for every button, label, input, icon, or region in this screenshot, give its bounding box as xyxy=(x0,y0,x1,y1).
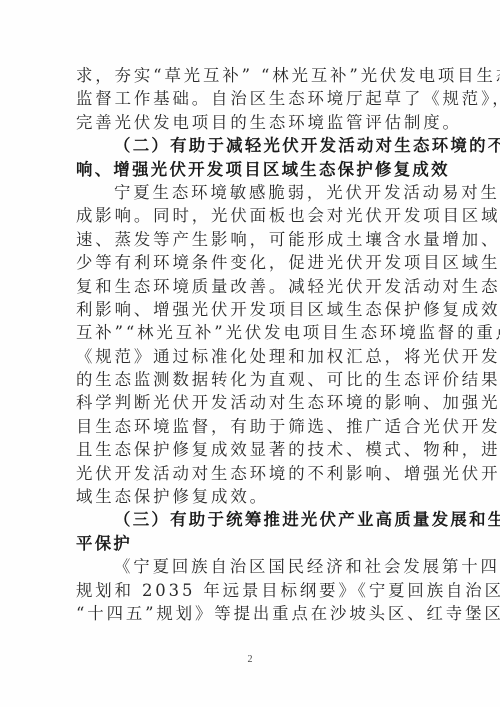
text-line: 目生态环境监督，有助于筛选、推广适合光伏开发项目区域 xyxy=(76,415,426,438)
text-line: 科学判断光伏开发活动对生态环境的影响、加强光伏发电项 xyxy=(76,391,426,414)
text-line: 《规范》通过标准化处理和加权汇总，将光伏开发项目区域 xyxy=(76,345,426,368)
section-heading-2-cont: 响、增强光伏开发项目区域生态保护修复成效 xyxy=(76,158,426,181)
text-line: 互补”“林光互补”光伏发电项目生态环境监督的重点任务。 xyxy=(76,321,426,344)
text-line: 域生态保护修复成效。 xyxy=(76,485,426,508)
text-line: 完善光伏发电项目的生态环境监管评估制度。 xyxy=(76,111,426,134)
section-heading-2: （二）有助于减轻光伏开发活动对生态环境的不利影 xyxy=(76,134,426,157)
text-line: 少等有利环境条件变化，促进光伏开发项目区域生态保护修 xyxy=(76,251,426,274)
section-heading-3-cont: 平保护 xyxy=(76,532,426,555)
text-line: 监督工作基础。自治区生态环境厅起草了《规范》，进一步 xyxy=(76,87,426,110)
text-line: 复和生态环境质量改善。减轻光伏开发活动对生态环境的不 xyxy=(76,275,426,298)
page-number: 2 xyxy=(0,654,500,665)
text-line: 光伏开发活动对生态环境的不利影响、增强光伏开发项目区 xyxy=(76,462,426,485)
text-line: 速、蒸发等产生影响，可能形成土壤含水量增加、蒸散发减 xyxy=(76,228,426,251)
text-line: 规划和 2035 年远景目标纲要》《宁夏回族自治区能源发展 xyxy=(76,579,426,602)
text-line: 利影响、增强光伏开发项目区域生态保护修复成效是“草光 xyxy=(76,298,426,321)
text-line: 成影响。同时，光伏面板也会对光伏开发项目区域光照、风 xyxy=(76,204,426,227)
document-page: 求，夯实“草光互补” “林光互补”光伏发电项目生态环境 监督工作基础。自治区生态… xyxy=(0,0,500,707)
body-text: 求，夯实“草光互补” “林光互补”光伏发电项目生态环境 监督工作基础。自治区生态… xyxy=(76,64,426,625)
text-line: “十四五”规划》等提出重点在沙坡头区、红寺堡区、宁东 xyxy=(76,602,426,625)
paragraph-start: 宁夏生态环境敏感脆弱，光伏开发活动易对生态环境造 xyxy=(76,181,426,204)
text-line: 求，夯实“草光互补” “林光互补”光伏发电项目生态环境 xyxy=(76,64,426,87)
text-line: 且生态保护修复成效显著的技术、模式、物种，进一步减轻 xyxy=(76,438,426,461)
paragraph-start: 《宁夏回族自治区国民经济和社会发展第十四个五年 xyxy=(76,555,426,578)
section-heading-3: （三）有助于统筹推进光伏产业高质量发展和生态高水 xyxy=(76,508,426,531)
text-line: 的生态监测数据转化为直观、可比的生态评价结果，有助于 xyxy=(76,368,426,391)
